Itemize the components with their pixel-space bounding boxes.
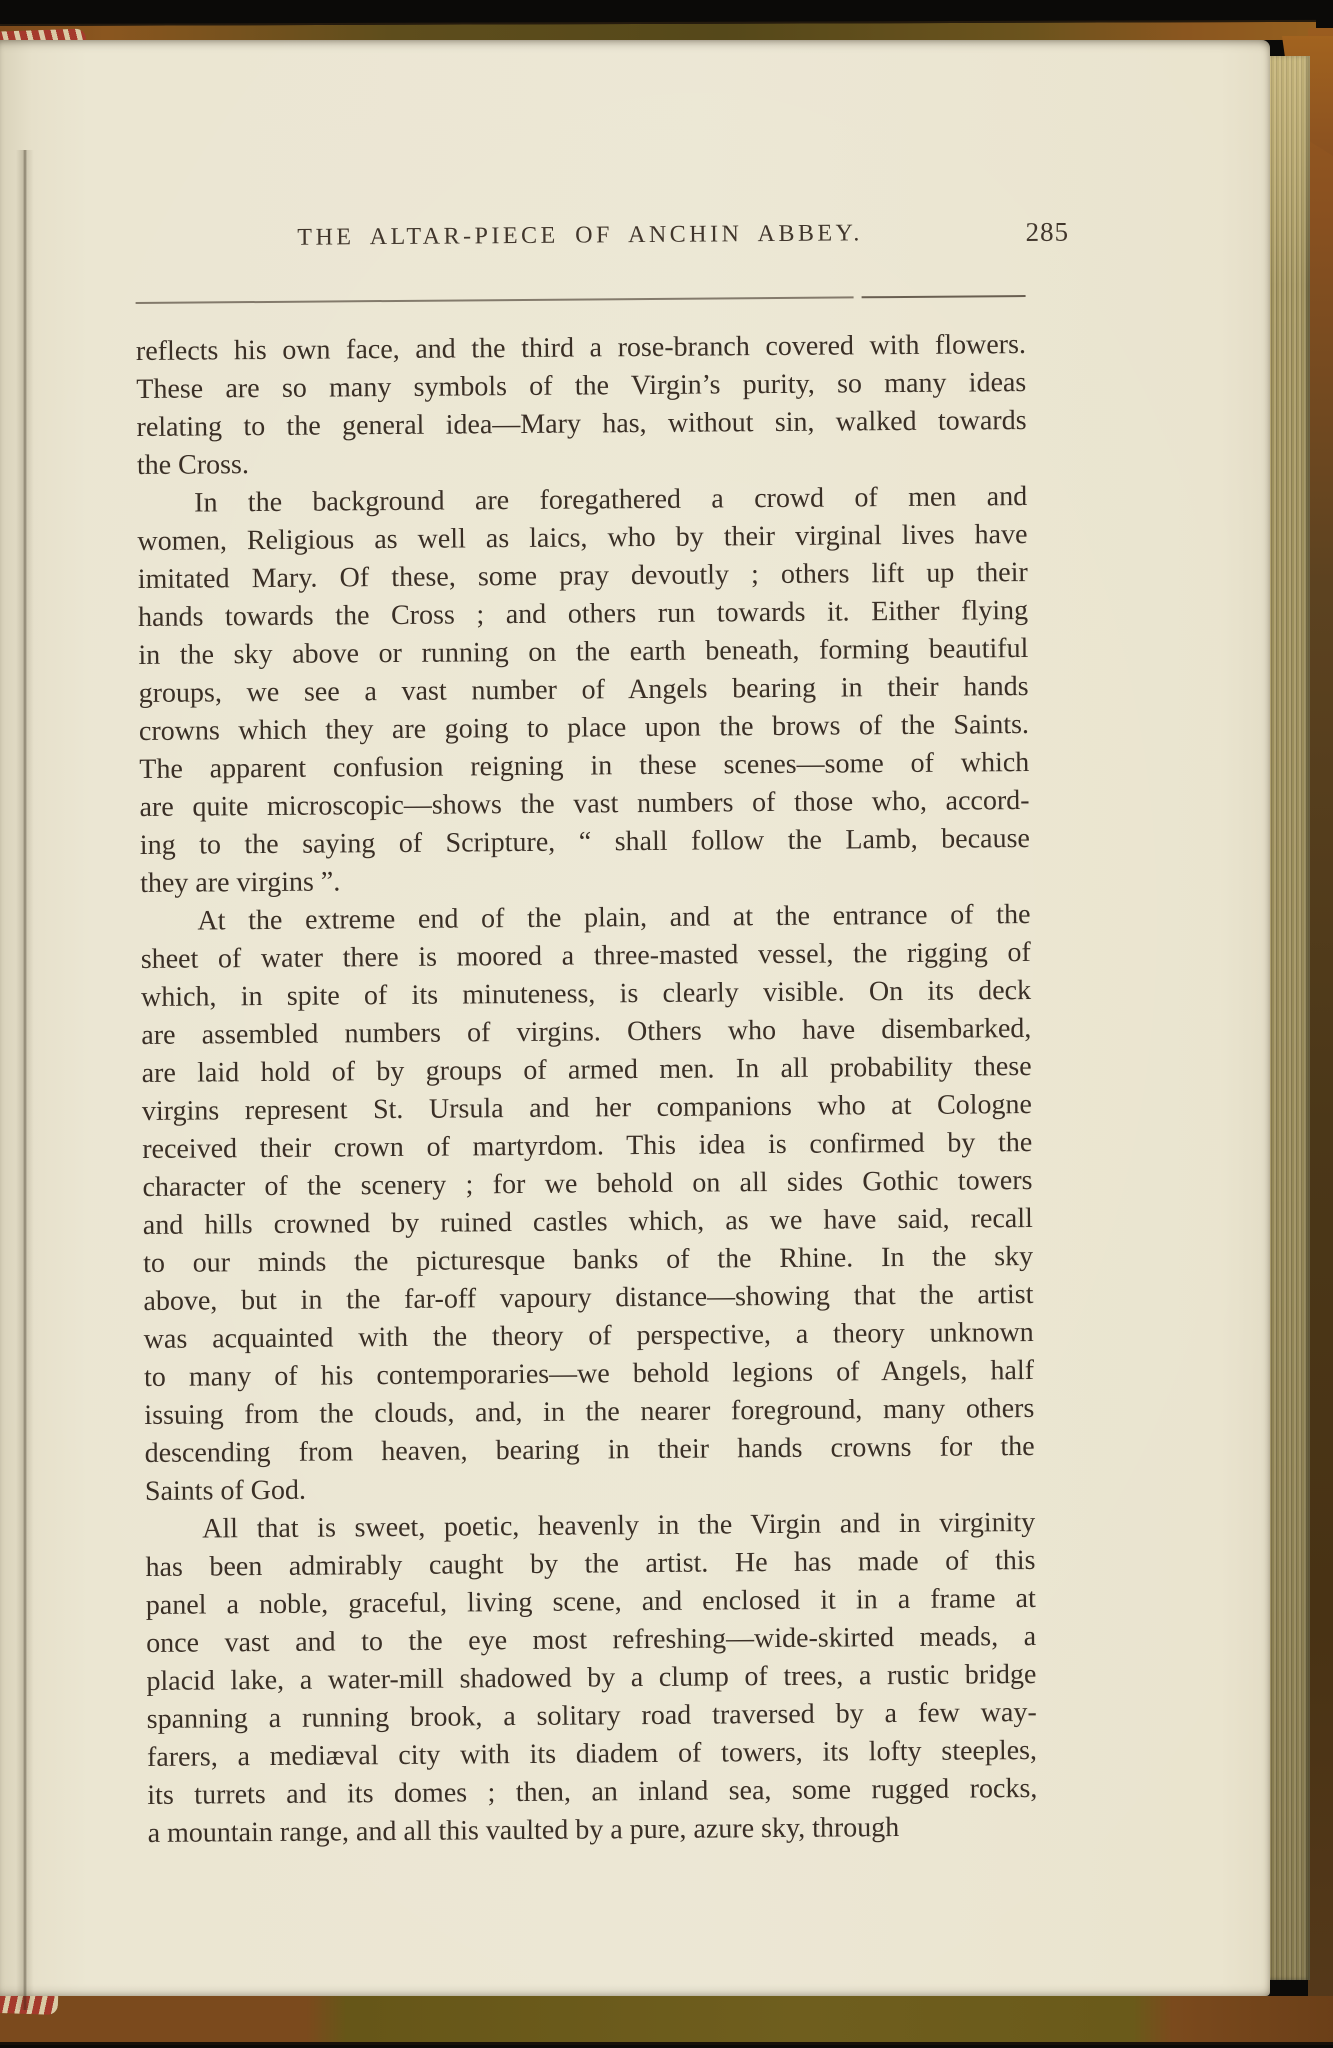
header-rule-right bbox=[861, 295, 1025, 298]
book-cover-bottom-edge bbox=[0, 1996, 1333, 2045]
text-line: a mountain range, and all this vaulted b… bbox=[147, 1808, 1037, 1853]
header-rule-left bbox=[136, 296, 854, 304]
body-text: reflects his own face, and the third a r… bbox=[136, 326, 1038, 1853]
fore-edge-pages bbox=[1264, 56, 1310, 1980]
text-line: ing to the saying of Scripture, “ shall … bbox=[140, 820, 1030, 865]
page-content: THE ALTAR-PIECE OF ANCHIN ABBEY. 285 ref… bbox=[135, 219, 1038, 1853]
gutter-crease bbox=[16, 150, 34, 2010]
scanner-background: THE ALTAR-PIECE OF ANCHIN ABBEY. 285 ref… bbox=[0, 0, 1333, 2048]
page-title: THE ALTAR-PIECE OF ANCHIN ABBEY. bbox=[135, 219, 1025, 253]
header-rule bbox=[136, 295, 1026, 304]
text-line: relating to the general idea—Mary has, w… bbox=[136, 402, 1026, 447]
running-head: THE ALTAR-PIECE OF ANCHIN ABBEY. 285 bbox=[135, 219, 1025, 262]
text-line: descending from heaven, bearing in their… bbox=[144, 1428, 1034, 1473]
book-cover-right-edge bbox=[1308, 28, 1333, 2020]
book-page: THE ALTAR-PIECE OF ANCHIN ABBEY. 285 ref… bbox=[0, 40, 1270, 1996]
text-line: its turrets and its domes ; then, an inl… bbox=[147, 1770, 1037, 1815]
page-number: 285 bbox=[1025, 217, 1069, 248]
